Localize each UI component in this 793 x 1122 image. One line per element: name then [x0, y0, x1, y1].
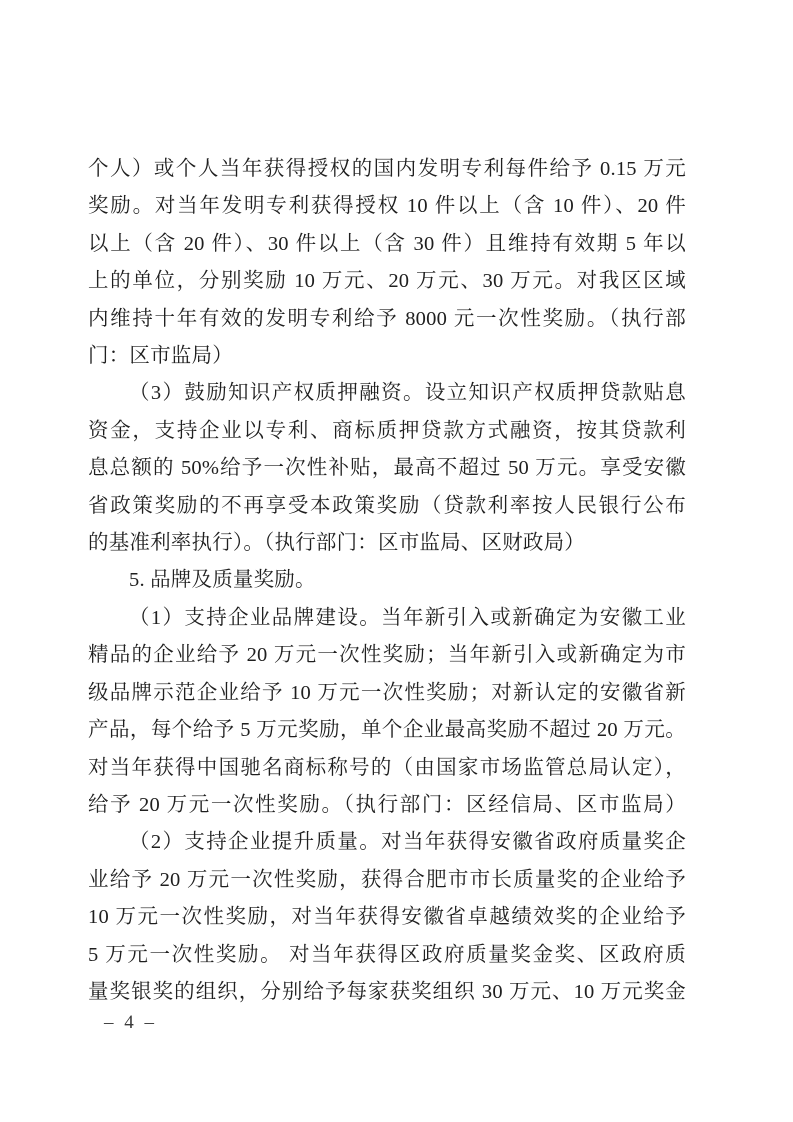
text-line: 资金，支持企业以专利、商标质押贷款方式融资，按其贷款利 [88, 413, 686, 450]
text-line: 对当年获得中国驰名商标称号的（由国家市场监管总局认定）， [88, 750, 686, 787]
text-line: 给予 20 万元一次性奖励。（执行部门：区经信局、区市监局） [88, 787, 686, 824]
para-brand-building-support: （1）支持企业品牌建设。当年新引入或新确定为安徽工业精品的企业给予 20 万元一… [88, 600, 686, 824]
para-quality-improvement-support: （2）支持企业提升质量。对当年获得安徽省政府质量奖企业给予 20 万元一次性奖励… [88, 824, 686, 1011]
text-line: （1）支持企业品牌建设。当年新引入或新确定为安徽工业 [88, 600, 686, 637]
text-line: 的基准利率执行）。（执行部门：区市监局、区财政局） [88, 525, 686, 562]
text-line: 级品牌示范企业给予 10 万元一次性奖励；对新认定的安徽省新 [88, 675, 686, 712]
text-line: 内维持十年有效的发明专利给予 8000 元一次性奖励。（执行部 [88, 301, 686, 338]
para-ip-pledge-financing: （3）鼓励知识产权质押融资。设立知识产权质押贷款贴息资金，支持企业以专利、商标质… [88, 375, 686, 562]
text-line: 息总额的 50%给予一次性补贴，最高不超过 50 万元。享受安徽 [88, 450, 686, 487]
text-line: （2）支持企业提升质量。对当年获得安徽省政府质量奖企 [88, 824, 686, 861]
document-body: 个人）或个人当年获得授权的国内发明专利每件给予 0.15 万元奖励。对当年发明专… [88, 151, 686, 1011]
text-line: 奖励。对当年发明专利获得授权 10 件以上（含 10 件）、20 件 [88, 188, 686, 225]
text-line: 上的单位，分别奖励 10 万元、20 万元、30 万元。对我区区域 [88, 263, 686, 300]
page-number: – 4 – [104, 1012, 157, 1034]
text-line: 产品，每个给予 5 万元奖励，单个企业最高奖励不超过 20 万元。 [88, 712, 686, 749]
para-patent-award-continued: 个人）或个人当年获得授权的国内发明专利每件给予 0.15 万元奖励。对当年发明专… [88, 151, 686, 375]
heading-brand-quality-award: 5. 品牌及质量奖励。 [88, 562, 686, 599]
text-line: 以上（含 20 件）、30 件以上（含 30 件）且维持有效期 5 年以 [88, 226, 686, 263]
text-line: 精品的企业给予 20 万元一次性奖励；当年新引入或新确定为市 [88, 637, 686, 674]
document-page: 个人）或个人当年获得授权的国内发明专利每件给予 0.15 万元奖励。对当年发明专… [0, 0, 793, 1122]
text-line: 10 万元一次性奖励，对当年获得安徽省卓越绩效奖的企业给予 [88, 899, 686, 936]
text-line: 5. 品牌及质量奖励。 [88, 562, 686, 599]
text-line: （3）鼓励知识产权质押融资。设立知识产权质押贷款贴息 [88, 375, 686, 412]
text-line: 量奖银奖的组织，分别给予每家获奖组织 30 万元、10 万元奖金 [88, 974, 686, 1011]
text-line: 个人）或个人当年获得授权的国内发明专利每件给予 0.15 万元 [88, 151, 686, 188]
text-line: 业给予 20 万元一次性奖励，获得合肥市市长质量奖的企业给予 [88, 862, 686, 899]
text-line: 5 万元一次性奖励。 对当年获得区政府质量奖金奖、区政府质 [88, 937, 686, 974]
text-line: 门：区市监局） [88, 338, 686, 375]
text-line: 省政策奖励的不再享受本政策奖励（贷款利率按人民银行公布 [88, 488, 686, 525]
